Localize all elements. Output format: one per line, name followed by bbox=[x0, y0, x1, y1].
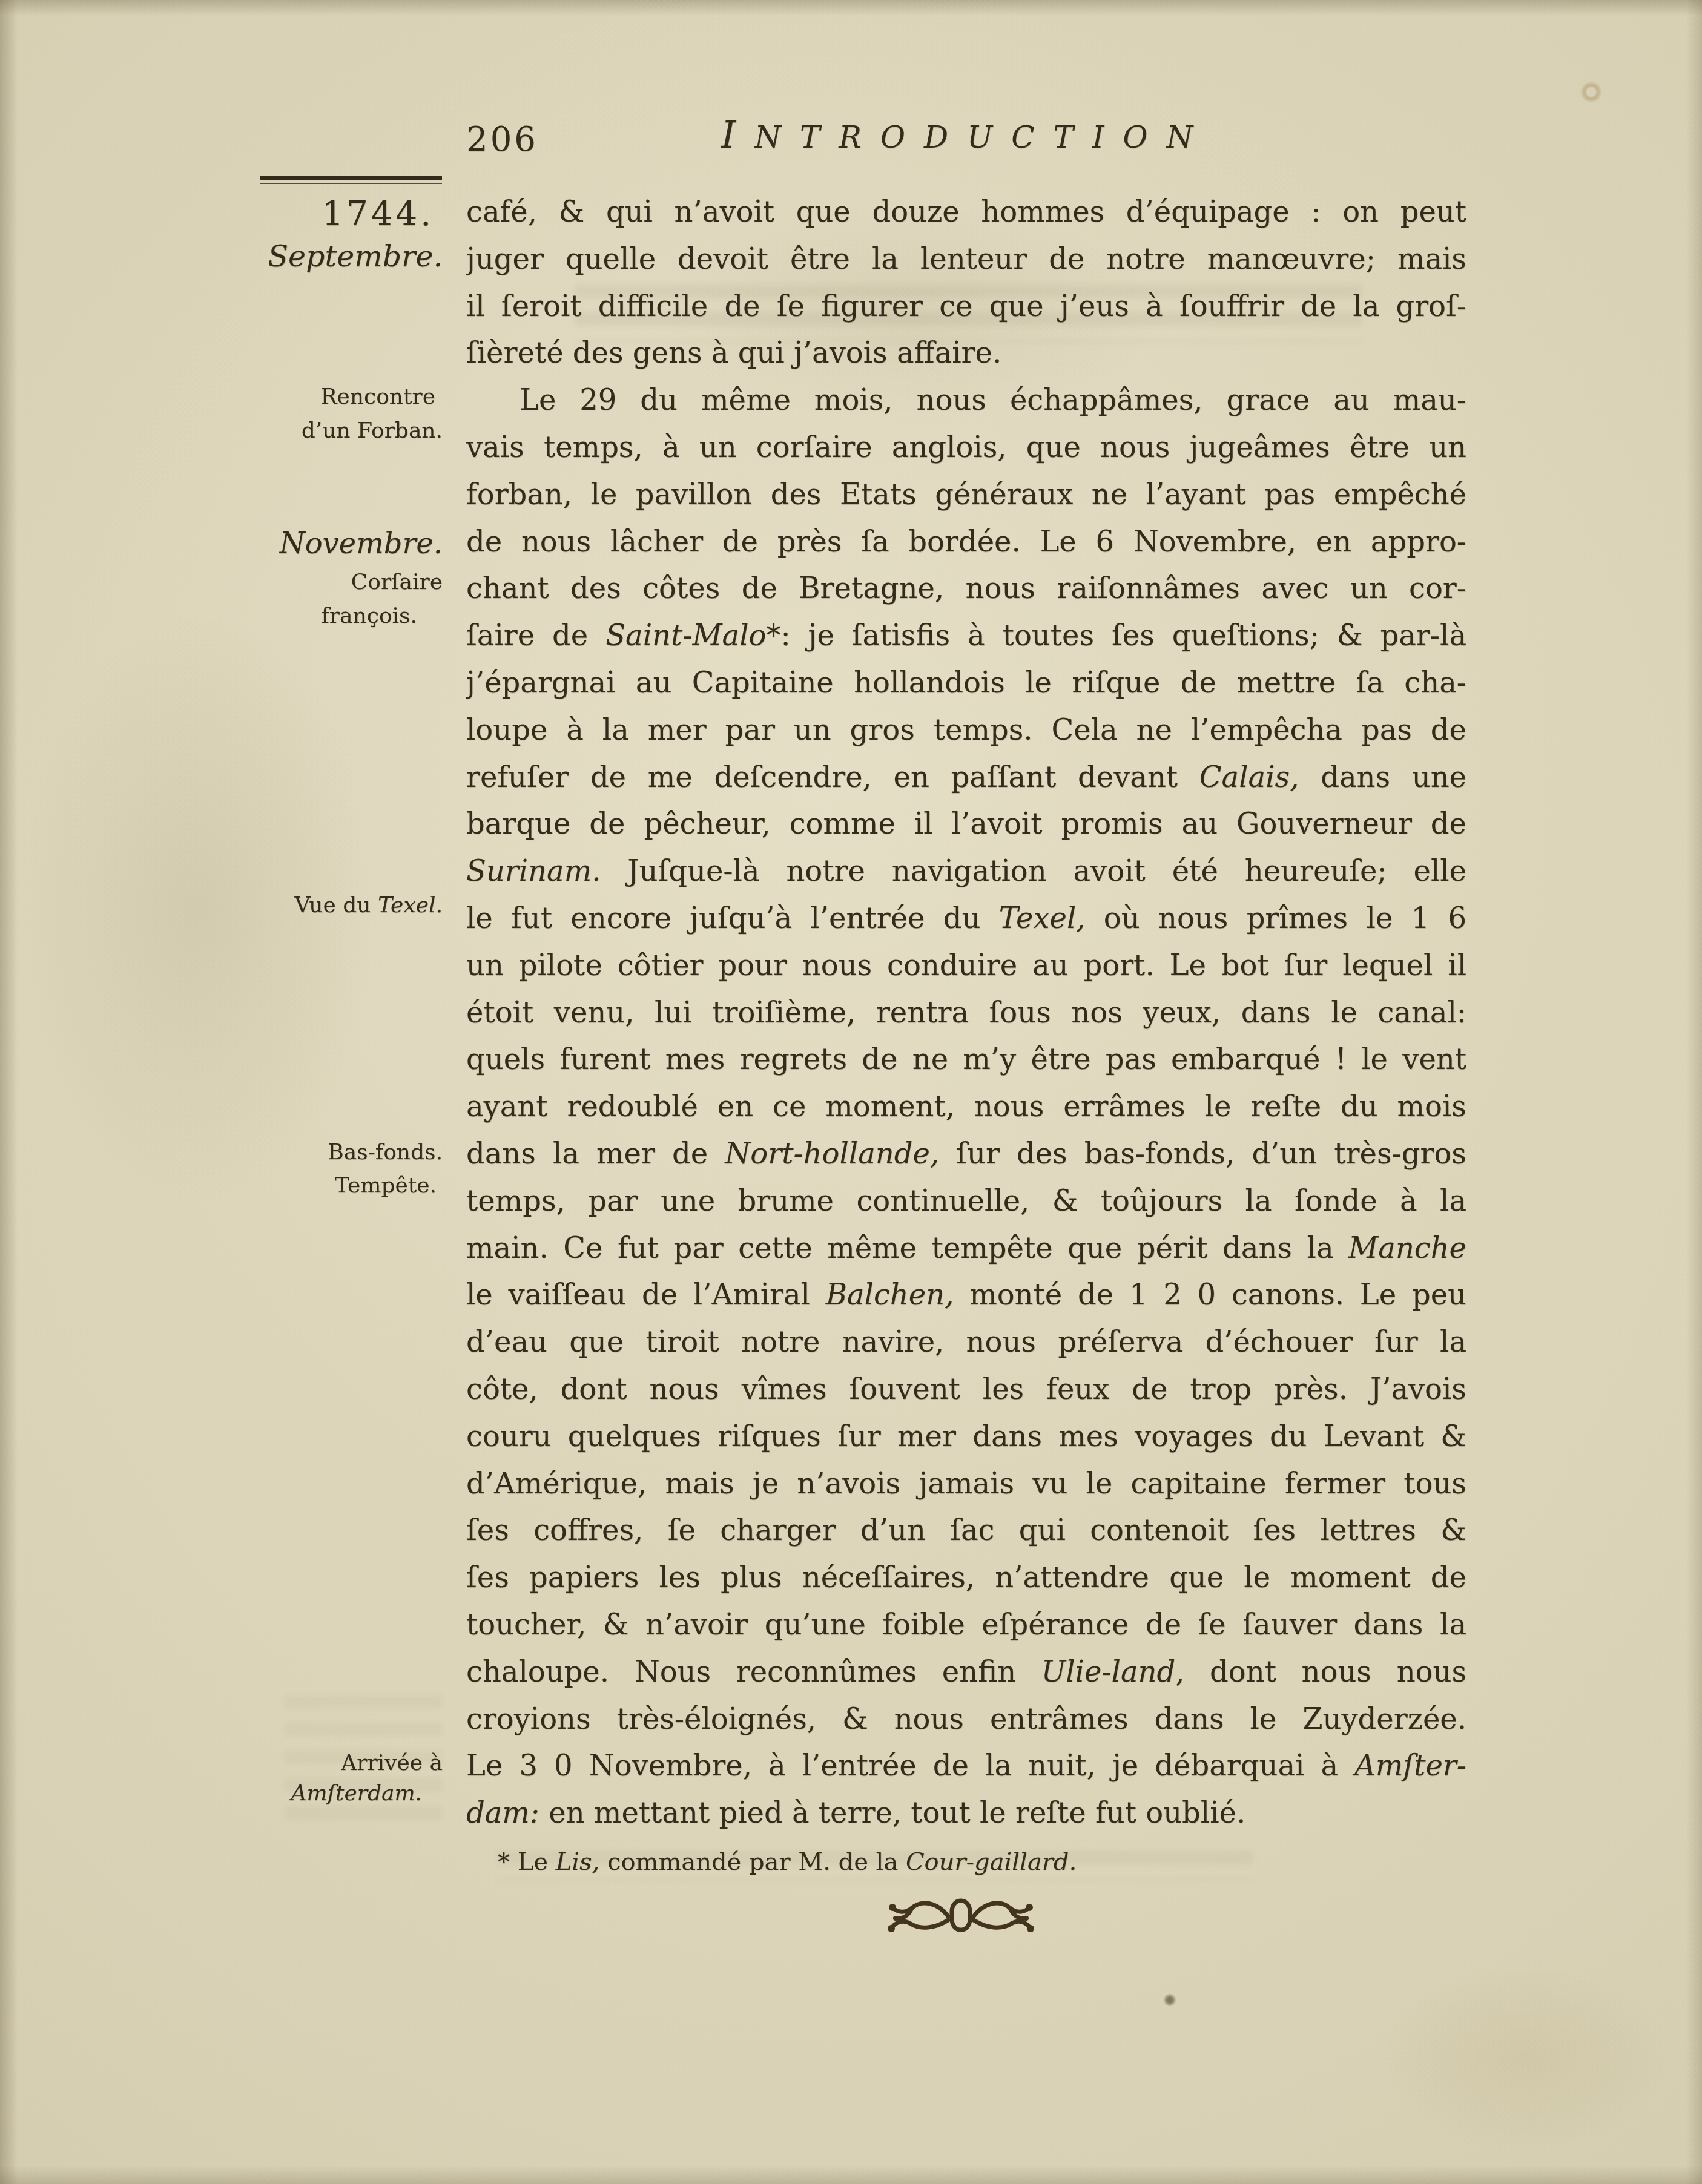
italic-text-segment: Texel. bbox=[378, 893, 443, 918]
text-line: Septembre. bbox=[268, 235, 443, 278]
text-segment: un pilote côtier pour nous conduire au p… bbox=[466, 949, 1466, 982]
text-segment: Rencontre bbox=[320, 384, 435, 409]
text-segment: couru quelques riſques ſur mer dans mes … bbox=[466, 1419, 1466, 1453]
text-line: couru quelques riſques ſur mer dans mes … bbox=[466, 1413, 1466, 1461]
text-line: chant des côtes de Bretagne, nous raiſon… bbox=[466, 565, 1466, 613]
text-segment: d’Amérique, mais je n’avois jamais vu le… bbox=[466, 1467, 1466, 1501]
text-line: dam: en mettant pied à terre, tout le re… bbox=[466, 1790, 1466, 1837]
text-line: loupe à la mer par un gros temps. Cela n… bbox=[466, 707, 1466, 754]
text-segment: vais temps, à un corſaire anglois, que n… bbox=[466, 430, 1466, 464]
text-line: ſaire de Saint-Malo*: je ſatisfis à tout… bbox=[466, 613, 1466, 660]
italic-text-segment: Amſterdam. bbox=[291, 1781, 422, 1806]
text-segment: en mettant pied à terre, tout le reſte f… bbox=[539, 1796, 1245, 1830]
text-line: Vue du Texel. bbox=[295, 889, 443, 923]
text-line: côte, dont nous vîmes ſouvent les feux d… bbox=[466, 1366, 1466, 1413]
text-segment: ſes papiers les plus néceſſaires, n’atte… bbox=[466, 1561, 1466, 1594]
margin-note-date-1744-septembre: 1744.Septembre. bbox=[268, 193, 443, 278]
text-line: Tempête. bbox=[328, 1169, 443, 1202]
italic-text-segment: Novembre. bbox=[280, 527, 443, 561]
text-segment: chaloupe. Nous reconnûmes enfin bbox=[466, 1655, 1041, 1689]
text-line: toucher, & n’avoir qu’une foible eſpéran… bbox=[466, 1602, 1466, 1649]
text-segment: , dont nous nous bbox=[1175, 1655, 1466, 1689]
text-line: d’un Forban. bbox=[302, 414, 443, 448]
text-line: il ſeroit difficile de ſe figurer ce que… bbox=[466, 283, 1466, 331]
text-segment: Bas-fonds. bbox=[328, 1140, 443, 1165]
italic-text-segment: Calais, bbox=[1199, 760, 1299, 794]
text-segment: Corſaire bbox=[351, 570, 443, 594]
text-segment: françois. bbox=[322, 604, 417, 628]
text-line: de nous lâcher de près ſa bordée. Le 6 N… bbox=[466, 519, 1466, 566]
margin-note-bas-fonds-tempete: Bas-fonds.Tempête. bbox=[328, 1136, 443, 1202]
text-segment: où nous prîmes le 1 6 bbox=[1086, 901, 1466, 935]
text-line: main. Ce fut par cette même tempête que … bbox=[466, 1225, 1466, 1272]
text-line: Le 29 du même mois, nous échappâmes, gra… bbox=[466, 377, 1466, 424]
italic-text-segment: Cour-gaillard. bbox=[906, 1848, 1077, 1876]
text-line: Surinam. Juſque-là notre navigation avoi… bbox=[466, 848, 1466, 895]
italic-text-segment: Nort-hollande, bbox=[725, 1137, 939, 1171]
text-segment: Vue du bbox=[295, 893, 378, 918]
text-segment: Tempête. bbox=[335, 1173, 437, 1198]
margin-note-arrivee-amsterdam: Arrivée àAmſterdam. bbox=[291, 1748, 443, 1809]
text-segment: commandé par M. de la bbox=[599, 1848, 906, 1876]
text-segment: toucher, & n’avoir qu’une foible eſpéran… bbox=[466, 1608, 1466, 1642]
italic-text-segment: Manche bbox=[1348, 1231, 1466, 1265]
text-line: quels furent mes regrets de ne m’y être … bbox=[466, 1036, 1466, 1084]
text-line: Amſterdam. bbox=[291, 1778, 443, 1809]
text-segment: main. Ce fut par cette même tempête que … bbox=[466, 1231, 1348, 1265]
text-line: refuſer de me deſcendre, en paſſant deva… bbox=[466, 754, 1466, 801]
running-title: INTRODUCTION bbox=[466, 113, 1466, 157]
text-line: dans la mer de Nort-hollande, ſur des ba… bbox=[466, 1131, 1466, 1178]
italic-text-segment: Balchen, bbox=[826, 1278, 954, 1312]
text-segment: ſaire de bbox=[466, 619, 605, 653]
italic-text-segment: Amſter- bbox=[1354, 1749, 1466, 1783]
italic-text-segment: Septembre. bbox=[268, 239, 443, 274]
text-segment: le vaiſſeau de l’Amiral bbox=[466, 1278, 826, 1312]
body-text: café, & qui n’avoit que douze hommes d’é… bbox=[466, 189, 1466, 1837]
text-segment: étoit venu, lui troiſième, rentra ſous n… bbox=[466, 996, 1466, 1030]
text-segment: ſes coffres, ſe charger d’un ſac qui con… bbox=[466, 1513, 1466, 1547]
text-line: * Le Lis, commandé par M. de la Cour-gai… bbox=[466, 1845, 1466, 1879]
margin-note-corsaire-francois: Corſairefrançois. bbox=[322, 565, 443, 633]
text-segment: ſur des bas-fonds, d’un très-gros bbox=[939, 1137, 1466, 1171]
text-line: juger quelle devoit être la lenteur de n… bbox=[466, 236, 1466, 283]
text-segment: ſièreté des gens à qui j’avois affaire. bbox=[466, 336, 1001, 370]
text-segment: dans la mer de bbox=[466, 1137, 725, 1171]
text-segment: Le 3 0 Novembre, à l’entrée de la nuit, … bbox=[466, 1749, 1354, 1783]
margin-rule bbox=[260, 176, 442, 184]
text-line: Le 3 0 Novembre, à l’entrée de la nuit, … bbox=[466, 1743, 1466, 1790]
margin-note-rencontre-forban: Rencontred’un Forban. bbox=[302, 380, 443, 448]
text-line: françois. bbox=[322, 599, 443, 633]
italic-text-segment: dam: bbox=[466, 1796, 539, 1830]
text-line: le fut encore juſqu’à l’entrée du Texel,… bbox=[466, 895, 1466, 942]
footnote: * Le Lis, commandé par M. de la Cour-gai… bbox=[466, 1845, 1466, 1879]
text-line: 1744. bbox=[268, 193, 443, 235]
italic-text-segment: Surinam. bbox=[466, 854, 601, 888]
text-segment: refuſer de me deſcendre, en paſſant deva… bbox=[466, 760, 1199, 794]
text-segment: forban, le pavillon des Etats généraux n… bbox=[466, 478, 1466, 511]
text-line: j’épargnai au Capitaine hollandois le ri… bbox=[466, 660, 1466, 707]
text-line: café, & qui n’avoit que douze hommes d’é… bbox=[466, 189, 1466, 236]
text-line: Novembre. bbox=[280, 525, 443, 562]
text-segment: *: je ſatisfis à toutes ſes queſtions; &… bbox=[766, 619, 1466, 653]
text-segment: * Le bbox=[498, 1848, 556, 1876]
text-segment: temps, par une brume continuelle, & toûj… bbox=[466, 1184, 1466, 1218]
text-line: étoit venu, lui troiſième, rentra ſous n… bbox=[466, 990, 1466, 1037]
text-line: d’eau que tiroit notre navire, nous préſ… bbox=[466, 1319, 1466, 1366]
text-line: ayant redoublé en ce moment, nous errâme… bbox=[466, 1084, 1466, 1131]
text-line: le vaiſſeau de l’Amiral Balchen, monté d… bbox=[466, 1272, 1466, 1319]
text-segment: il ſeroit difficile de ſe figurer ce que… bbox=[466, 289, 1466, 323]
text-segment: Juſque-là notre navigation avoit été heu… bbox=[601, 854, 1466, 888]
italic-text-segment: Ulie-land bbox=[1041, 1655, 1175, 1689]
text-line: ſes coffres, ſe charger d’un ſac qui con… bbox=[466, 1507, 1466, 1554]
text-line: chaloupe. Nous reconnûmes enfin Ulie-lan… bbox=[466, 1649, 1466, 1696]
text-segment: croyions très-éloignés, & nous entrâmes … bbox=[466, 1702, 1466, 1736]
text-segment: quels furent mes regrets de ne m’y être … bbox=[466, 1042, 1466, 1076]
fleuron-icon bbox=[877, 1895, 1044, 1937]
text-line: barque de pêcheur, comme il l’avoit prom… bbox=[466, 801, 1466, 848]
text-segment: café, & qui n’avoit que douze hommes d’é… bbox=[466, 195, 1466, 229]
text-segment: de nous lâcher de près ſa bordée. Le 6 N… bbox=[466, 525, 1466, 559]
text-line: un pilote côtier pour nous conduire au p… bbox=[466, 942, 1466, 990]
margin-note-vue-du-texel: Vue du Texel. bbox=[295, 889, 443, 923]
text-segment: ayant redoublé en ce moment, nous errâme… bbox=[466, 1090, 1466, 1123]
text-segment: le fut encore juſqu’à l’entrée du bbox=[466, 901, 999, 935]
margin-note-novembre: Novembre. bbox=[280, 525, 443, 562]
text-line: Bas-fonds. bbox=[328, 1136, 443, 1169]
italic-text-segment: Texel, bbox=[999, 901, 1086, 935]
text-line: Arrivée à bbox=[291, 1748, 443, 1778]
text-line: ſes papiers les plus néceſſaires, n’atte… bbox=[466, 1554, 1466, 1602]
printer-ornament bbox=[877, 1895, 1044, 1937]
text-segment: dans une bbox=[1299, 760, 1466, 794]
text-segment: j’épargnai au Capitaine hollandois le ri… bbox=[466, 666, 1466, 700]
text-segment: Arrivée à bbox=[341, 1751, 443, 1775]
text-line: Corſaire bbox=[322, 565, 443, 599]
text-segment: juger quelle devoit être la lenteur de n… bbox=[466, 242, 1466, 276]
text-line: vais temps, à un corſaire anglois, que n… bbox=[466, 424, 1466, 472]
text-line: ſièreté des gens à qui j’avois affaire. bbox=[466, 330, 1466, 377]
text-line: temps, par une brume continuelle, & toûj… bbox=[466, 1178, 1466, 1225]
text-line: Rencontre bbox=[302, 380, 443, 414]
italic-text-segment: Saint-Malo bbox=[605, 619, 766, 653]
text-line: d’Amérique, mais je n’avois jamais vu le… bbox=[466, 1461, 1466, 1508]
text-segment: Le 29 du même mois, nous échappâmes, gra… bbox=[520, 383, 1466, 417]
text-segment: barque de pêcheur, comme il l’avoit prom… bbox=[466, 807, 1466, 841]
text-segment: d’un Forban. bbox=[302, 418, 443, 443]
text-segment: chant des côtes de Bretagne, nous raiſon… bbox=[466, 571, 1466, 605]
text-segment: loupe à la mer par un gros temps. Cela n… bbox=[466, 713, 1466, 747]
text-segment: d’eau que tiroit notre navire, nous préſ… bbox=[466, 1325, 1466, 1359]
book-page: 206 INTRODUCTION 1744.Septembre. Rencont… bbox=[0, 0, 1702, 2184]
italic-text-segment: Lis, bbox=[556, 1848, 600, 1876]
text-line: croyions très-éloignés, & nous entrâmes … bbox=[466, 1696, 1466, 1743]
text-segment: 1744. bbox=[322, 194, 434, 234]
text-line: forban, le pavillon des Etats généraux n… bbox=[466, 472, 1466, 519]
text-segment: côte, dont nous vîmes ſouvent les feux d… bbox=[466, 1372, 1466, 1406]
text-segment: monté de 1 2 0 canons. Le peu bbox=[954, 1278, 1466, 1312]
